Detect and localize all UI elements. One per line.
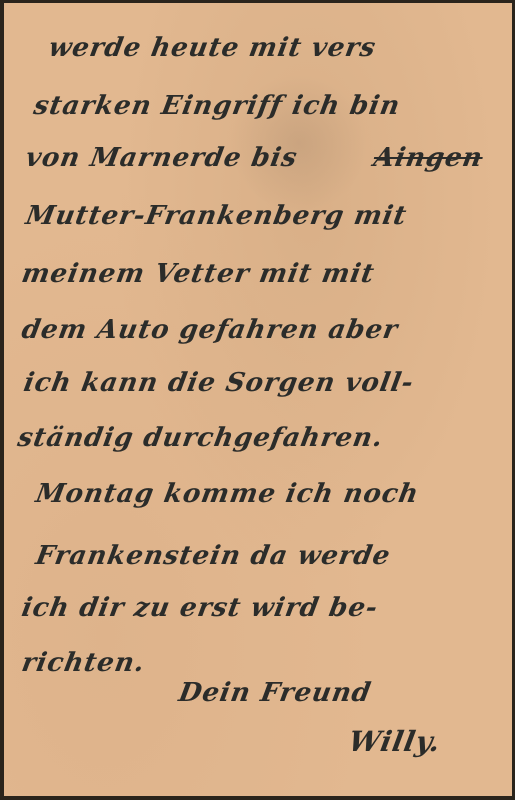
handwritten-line-11: ich dir zu erst wird be-: [19, 593, 380, 623]
struck-out-word: Aingen: [371, 143, 485, 173]
handwritten-line-1: werde heute mit vers: [46, 33, 378, 63]
handwritten-line-9: Montag komme ich noch: [33, 479, 421, 509]
handwritten-line-7: ich kann die Sorgen voll-: [21, 368, 416, 398]
handwritten-line-10: Frankenstein da werde: [33, 541, 393, 571]
handwritten-line-5: meinem Vetter mit mit: [19, 259, 377, 289]
closing-salutation: Dein Freund: [176, 678, 373, 708]
handwritten-line-6: dem Auto gefahren aber: [19, 315, 400, 345]
postcard: werde heute mit vers starken Eingriff ic…: [4, 3, 512, 796]
handwritten-line-3: von Marnerde bis: [23, 143, 300, 173]
handwritten-line-2: starken Eingriff ich bin: [31, 91, 402, 121]
signature: Willy.: [346, 725, 443, 758]
handwritten-line-12: richten.: [19, 648, 147, 678]
handwritten-line-8: ständig durchgefahren.: [15, 423, 385, 453]
handwritten-line-4: Mutter-Frankenberg mit: [23, 201, 409, 231]
